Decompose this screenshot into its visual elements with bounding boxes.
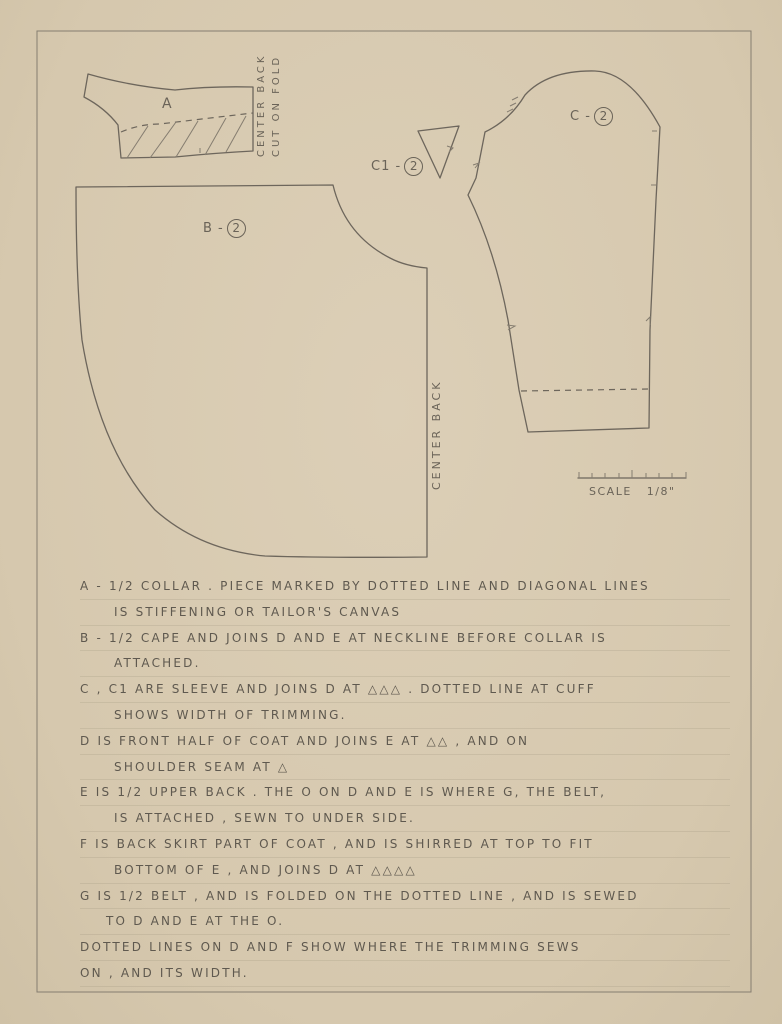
scale-label: SCALE 1/8" bbox=[589, 485, 676, 498]
piece-c1-gusset bbox=[418, 126, 459, 178]
piece-c1-letter: C1 - bbox=[371, 159, 401, 174]
note-line: D IS FRONT HALF OF COAT AND JOINS E AT △… bbox=[80, 729, 730, 755]
note-line: IS ATTACHED , SEWN TO UNDER SIDE. bbox=[80, 806, 730, 832]
piece-b-cape bbox=[76, 185, 427, 557]
note-line: IS STIFFENING OR TAILOR'S CANVAS bbox=[80, 600, 730, 626]
scale-bar bbox=[578, 470, 686, 478]
note-line: SHOWS WIDTH OF TRIMMING. bbox=[80, 703, 730, 729]
piece-c-sleeve bbox=[468, 71, 660, 432]
piece-b-label: B -2 bbox=[203, 219, 246, 238]
note-line: ON , AND ITS WIDTH. bbox=[80, 961, 730, 987]
piece-a-label: A bbox=[162, 97, 173, 111]
piece-c-label: C -2 bbox=[570, 107, 613, 126]
note-line: BOTTOM OF E , AND JOINS D AT △△△△ bbox=[80, 858, 730, 884]
pattern-notes: A - 1/2 COLLAR . PIECE MARKED BY DOTTED … bbox=[80, 574, 730, 987]
note-line: DOTTED LINES ON D AND F SHOW WHERE THE T… bbox=[80, 935, 730, 961]
piece-b-letter: B - bbox=[203, 221, 224, 236]
piece-c1-label: C1 -2 bbox=[371, 157, 423, 176]
scale-word: SCALE bbox=[589, 485, 632, 498]
scale-value: 1/8" bbox=[647, 485, 676, 498]
note-line: SHOULDER SEAM AT △ bbox=[80, 755, 730, 781]
piece-a-center-back-label: CENTER BACK bbox=[257, 54, 267, 157]
piece-a-collar bbox=[84, 74, 253, 158]
piece-a-cut-on-fold-label: CUT ON FOLD bbox=[272, 55, 282, 157]
note-line: C , C1 ARE SLEEVE AND JOINS D AT △△△ . D… bbox=[80, 677, 730, 703]
note-line: TO D AND E AT THE O. bbox=[80, 909, 730, 935]
piece-c-letter: C - bbox=[570, 109, 591, 124]
note-line: G IS 1/2 BELT , AND IS FOLDED ON THE DOT… bbox=[80, 884, 730, 910]
piece-c1-count-circle: 2 bbox=[404, 157, 423, 176]
piece-c-count-circle: 2 bbox=[594, 107, 613, 126]
piece-b-center-back-label: CENTER BACK bbox=[431, 380, 442, 490]
note-line: F IS BACK SKIRT PART OF COAT , AND IS SH… bbox=[80, 832, 730, 858]
note-line: ATTACHED. bbox=[80, 651, 730, 677]
piece-b-count-circle: 2 bbox=[227, 219, 246, 238]
note-line: E IS 1/2 UPPER BACK . THE O ON D AND E I… bbox=[80, 780, 730, 806]
note-line: A - 1/2 COLLAR . PIECE MARKED BY DOTTED … bbox=[80, 574, 730, 600]
note-line: B - 1/2 CAPE AND JOINS D AND E AT NECKLI… bbox=[80, 626, 730, 652]
